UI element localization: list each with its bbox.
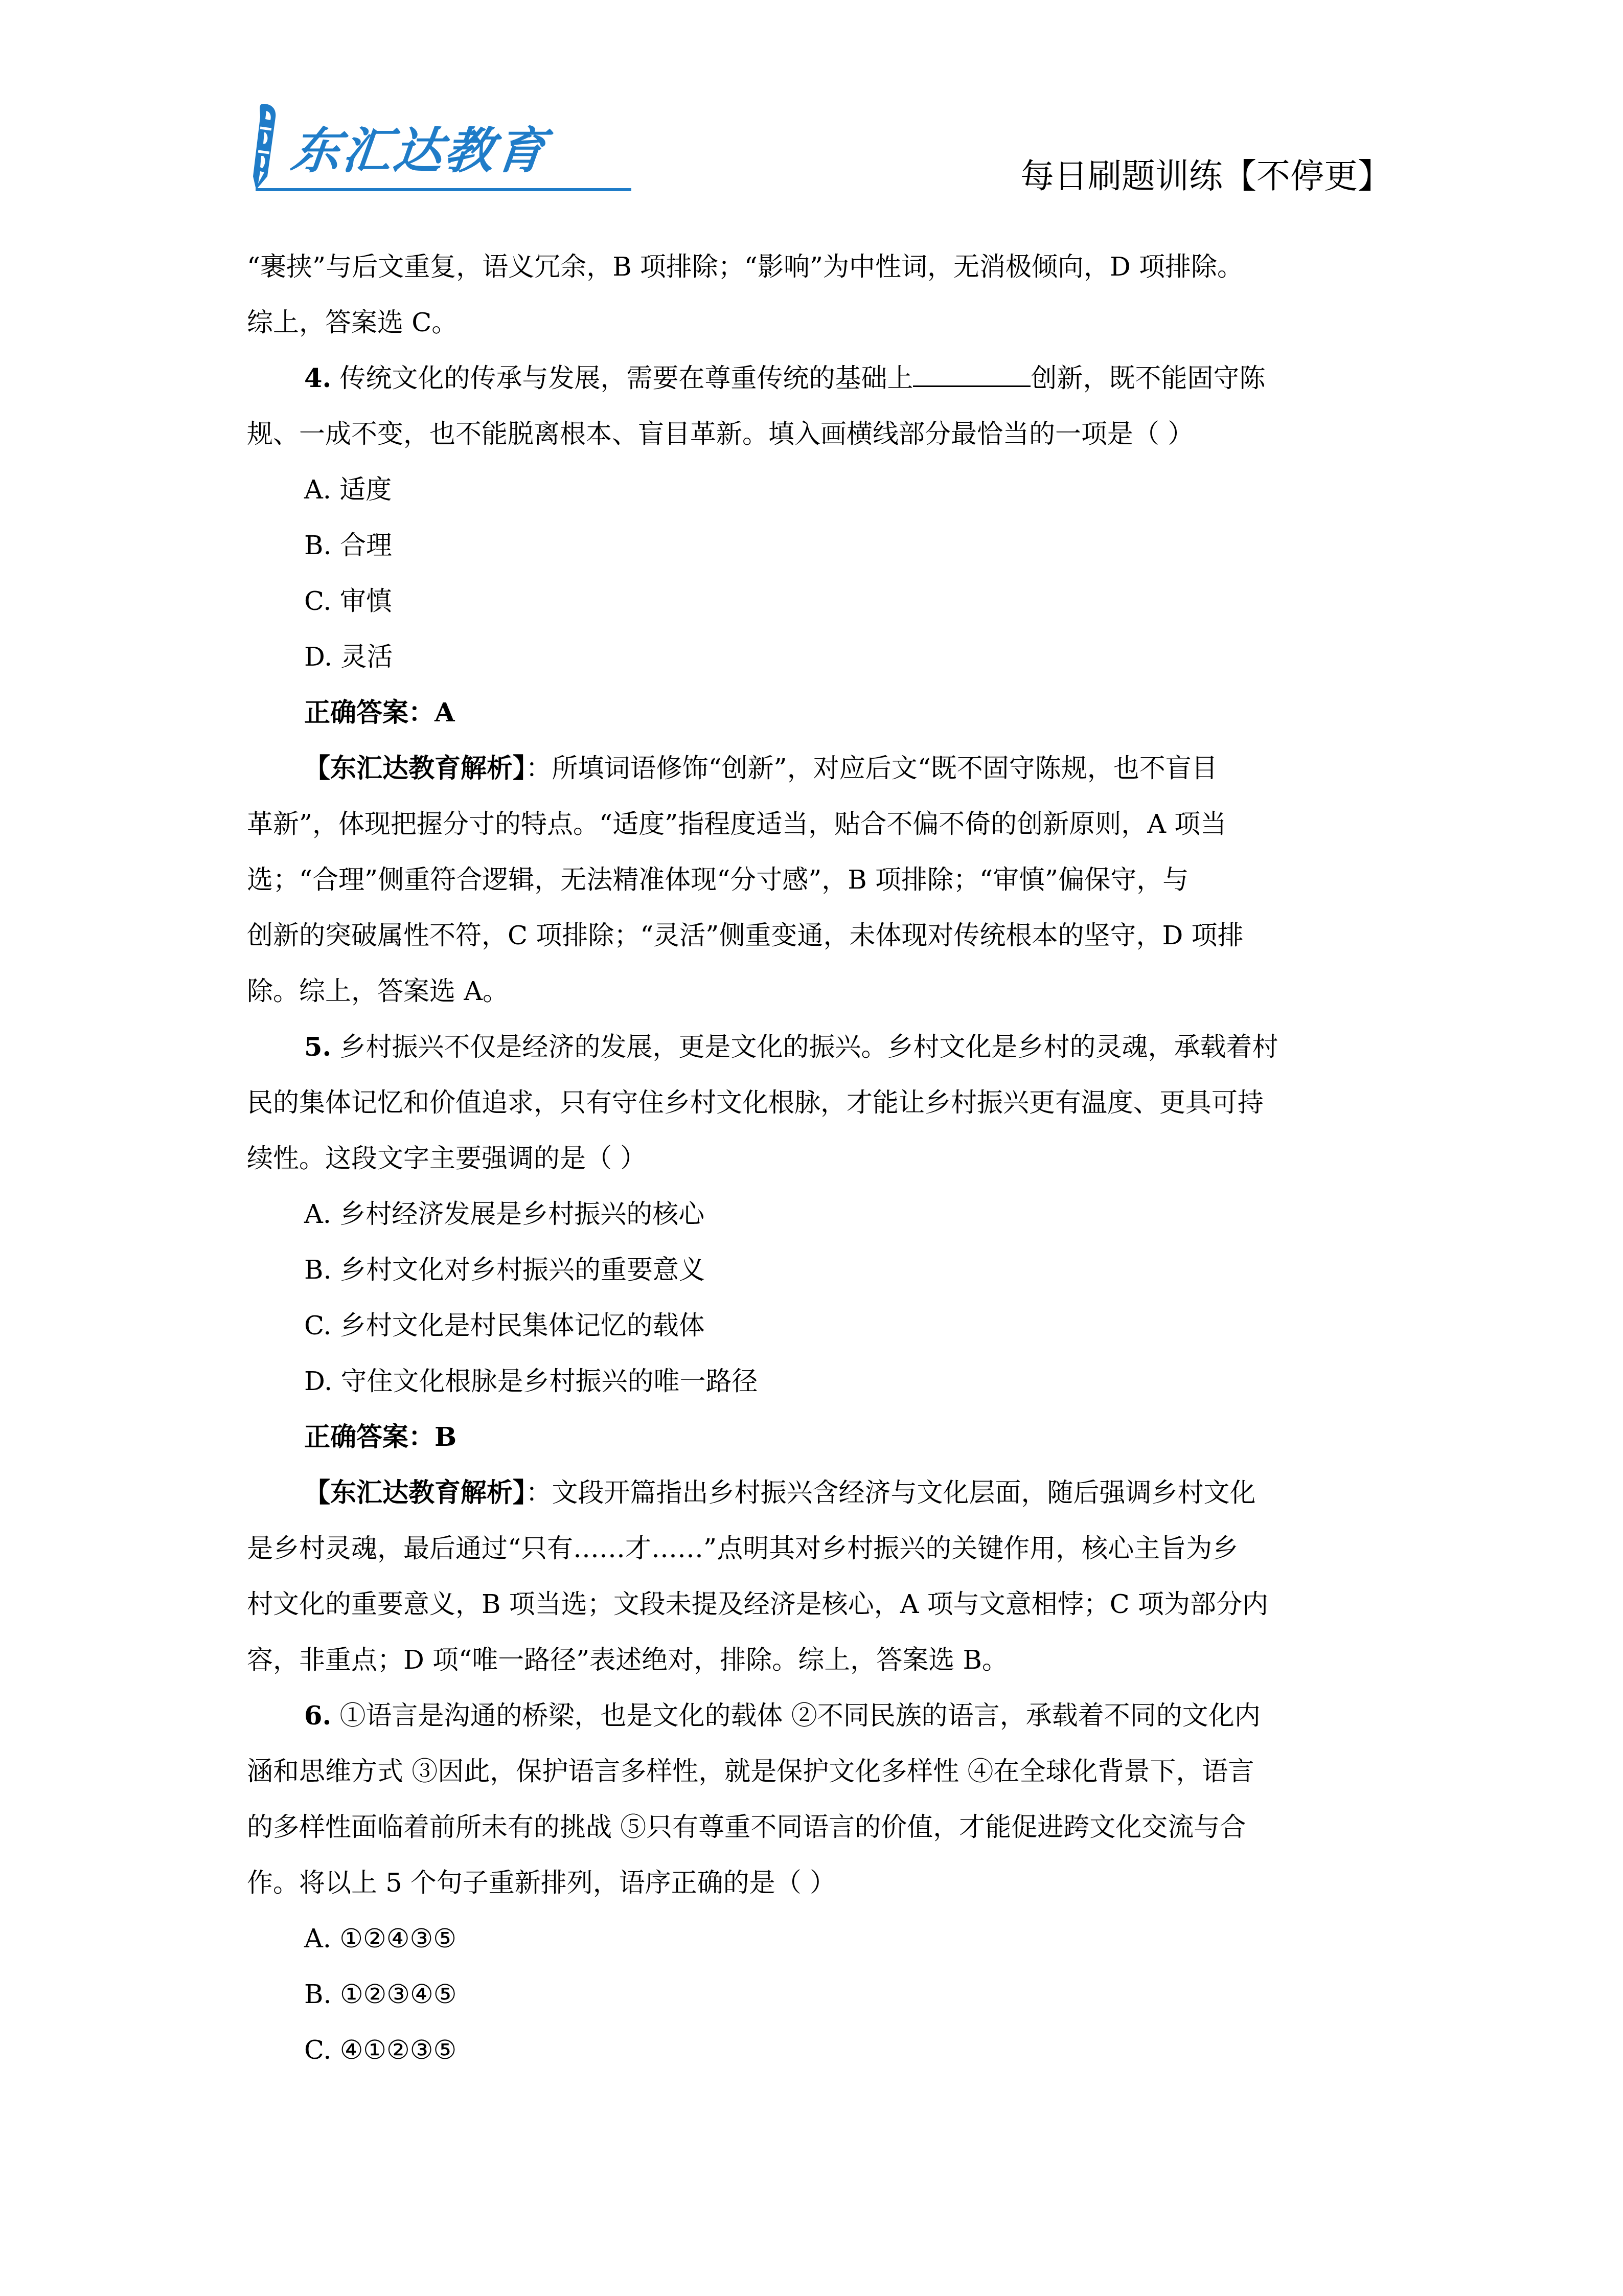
correct-answer: 正确答案：B: [247, 1410, 1385, 1465]
question-stem: 4. 传统文化的传承与发展，需要在尊重传统的基础上创新，既不能固守陈: [247, 351, 1385, 406]
analysis-tag: 【东汇达教育解析】: [304, 753, 526, 784]
analysis-line: 创新的突破属性不符，C 项排除；“灵活”侧重变通，未体现对传统根本的坚守，D 项…: [247, 908, 1385, 964]
question-stem: 5. 乡村振兴不仅是经济的发展，更是文化的振兴。乡村文化是乡村的灵魂，承载着村: [247, 1019, 1385, 1075]
question-stem: 6. ①语言是沟通的桥梁，也是文化的载体 ②不同民族的语言，承载着不同的文化内: [247, 1688, 1385, 1744]
option-c: C. 乡村文化是村民集体记忆的载体: [247, 1298, 1385, 1354]
stem-text: 创新，既不能固守陈: [1031, 363, 1265, 394]
pencil-icon: [243, 100, 284, 192]
question-stem-cont: 作。将以上 5 个句子重新排列，语序正确的是（ ）: [247, 1855, 1385, 1911]
analysis-line: 容，非重点；D 项“唯一路径”表述绝对，排除。综上，答案选 B。: [247, 1632, 1385, 1688]
option-d: D. 守住文化根脉是乡村振兴的唯一路径: [247, 1354, 1385, 1410]
question-4: 4. 传统文化的传承与发展，需要在尊重传统的基础上创新，既不能固守陈 规、一成不…: [247, 351, 1385, 1019]
analysis-first-line: 【东汇达教育解析】：所填词语修饰“创新”，对应后文“既不固守陈规，也不盲目: [247, 741, 1385, 797]
question-number: 6.: [304, 1700, 331, 1731]
text-line: “裹挟”与后文重复，语义冗余，B 项排除；“影响”为中性词，无消极倾向，D 项排…: [247, 239, 1385, 295]
question-number: 5.: [304, 1032, 331, 1062]
option-c: C. ④①②③⑤: [247, 2022, 1385, 2078]
correct-answer: 正确答案：A: [247, 685, 1385, 741]
page-title: 每日刷题训练【不停更】: [1020, 160, 1391, 193]
analysis-text: ：所填词语修饰“创新”，对应后文“既不固守陈规，也不盲目: [526, 754, 1218, 784]
option-b: B. ①②③④⑤: [247, 1967, 1385, 2022]
stem-text: 传统文化的传承与发展，需要在尊重传统的基础上: [339, 363, 913, 394]
option-a: A. 乡村经济发展是乡村振兴的核心: [247, 1187, 1385, 1242]
logo-underline: [256, 188, 631, 191]
brand-logo: 东汇达教育: [243, 100, 631, 192]
analysis-line: 村文化的重要意义，B 项当选；文段未提及经济是核心，A 项与文意相悖；C 项为部…: [247, 1577, 1385, 1632]
option-a: A. 适度: [247, 462, 1385, 518]
question-number: 4.: [304, 363, 331, 394]
option-a: A. ①②④③⑤: [247, 1911, 1385, 1967]
analysis-line: 选；“合理”侧重符合逻辑，无法精准体现“分寸感”，B 项排除；“审慎”偏保守，与: [247, 852, 1385, 908]
fill-blank: [913, 365, 1031, 387]
analysis-text: ：文段开篇指出乡村振兴含经济与文化层面，随后强调乡村文化: [526, 1478, 1256, 1508]
stem-text: ①语言是沟通的桥梁，也是文化的载体 ②不同民族的语言，承载着不同的文化内: [339, 1701, 1260, 1731]
option-b: B. 乡村文化对乡村振兴的重要意义: [247, 1242, 1385, 1298]
question-6: 6. ①语言是沟通的桥梁，也是文化的载体 ②不同民族的语言，承载着不同的文化内 …: [247, 1688, 1385, 2078]
question-stem-cont: 续性。这段文字主要强调的是（ ）: [247, 1131, 1385, 1187]
question-stem-cont: 的多样性面临着前所未有的挑战 ⑤只有尊重不同语言的价值，才能促进跨文化交流与合: [247, 1800, 1385, 1855]
analysis-line: 除。综上，答案选 A。: [247, 964, 1385, 1019]
prev-analysis: “裹挟”与后文重复，语义冗余，B 项排除；“影响”为中性词，无消极倾向，D 项排…: [247, 239, 1385, 351]
question-5: 5. 乡村振兴不仅是经济的发展，更是文化的振兴。乡村文化是乡村的灵魂，承载着村 …: [247, 1019, 1385, 1688]
document-body: “裹挟”与后文重复，语义冗余，B 项排除；“影响”为中性词，无消极倾向，D 项排…: [247, 239, 1385, 2078]
analysis-tag: 【东汇达教育解析】: [304, 1477, 526, 1508]
question-stem-cont: 民的集体记忆和价值追求，只有守住乡村文化根脉，才能让乡村振兴更有温度、更具可持: [247, 1075, 1385, 1131]
stem-text: 乡村振兴不仅是经济的发展，更是文化的振兴。乡村文化是乡村的灵魂，承载着村: [339, 1032, 1278, 1062]
analysis-first-line: 【东汇达教育解析】：文段开篇指出乡村振兴含经济与文化层面，随后强调乡村文化: [247, 1465, 1385, 1521]
analysis-line: 是乡村灵魂，最后通过“只有……才……”点明其对乡村振兴的关键作用，核心主旨为乡: [247, 1521, 1385, 1577]
analysis-line: 革新”，体现把握分寸的特点。“适度”指程度适当，贴合不偏不倚的创新原则，A 项当: [247, 797, 1385, 852]
question-stem-cont: 涵和思维方式 ③因此，保护语言多样性，就是保护文化多样性 ④在全球化背景下，语言: [247, 1744, 1385, 1800]
option-b: B. 合理: [247, 518, 1385, 574]
text-line: 综上，答案选 C。: [247, 295, 1385, 351]
option-c: C. 审慎: [247, 574, 1385, 629]
option-d: D. 灵活: [247, 629, 1385, 685]
brand-name: 东汇达教育: [289, 126, 550, 175]
question-stem-cont: 规、一成不变，也不能脱离根本、盲目革新。填入画横线部分最恰当的一项是（ ）: [247, 406, 1385, 462]
